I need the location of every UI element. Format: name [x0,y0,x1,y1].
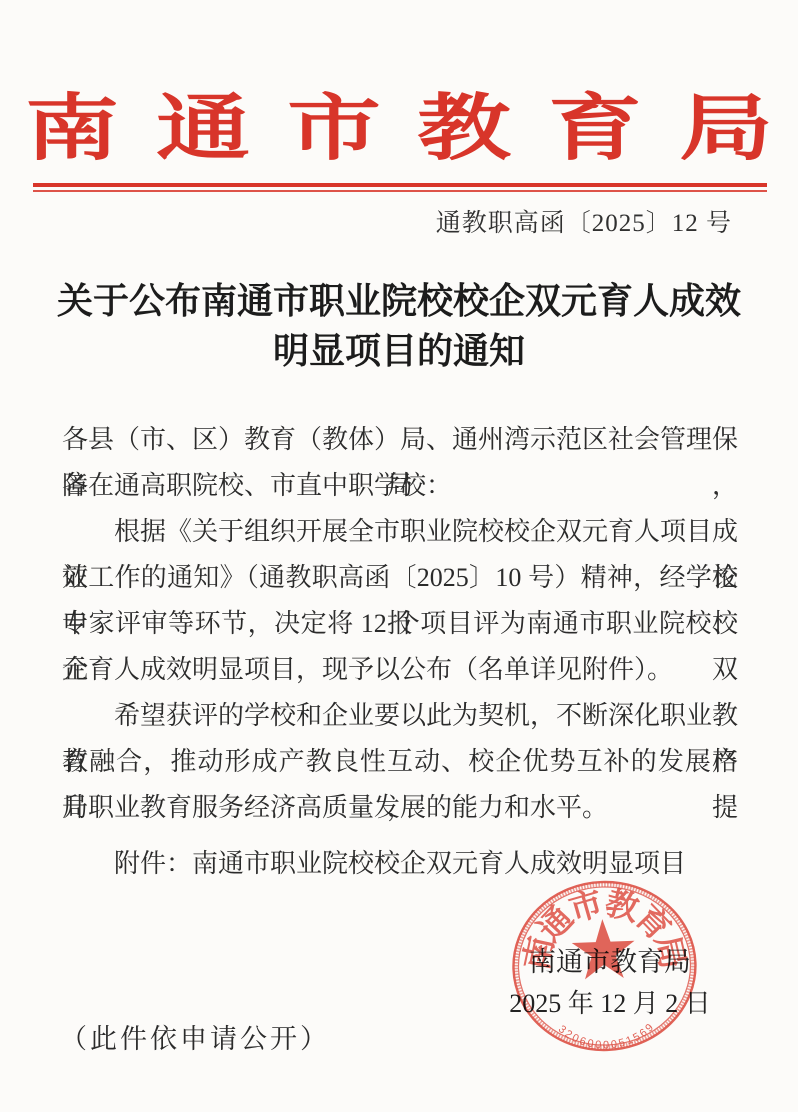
letterhead-char: 市 [287,88,381,170]
body-line: 专家评审等环节，决定将 12 个项目评为南通市职业院校校企双 [62,601,738,647]
document-title: 关于公布南通市职业院校校企双元育人成效 明显项目的通知 [30,276,768,376]
body-line: 根据《关于组织开展全市职业院校校企双元育人项目成效论 [62,509,738,555]
body-line: 教融合，推动形成产教良性互动、校企优势互补的发展格局，提 [62,739,738,785]
body-line: 希望获评的学校和企业要以此为契机，不断深化职业教育产 [62,693,738,739]
letterhead-char: 育 [548,88,642,170]
official-document-page: 南 通 市 教 育 局 通教职高函〔2025〕12 号 关于公布南通市职业院校校… [0,0,798,1112]
seal-serial-number: 3206000051569 [556,1020,659,1053]
letterhead-char: 教 [418,88,512,170]
seal-arc-char: 局 [648,932,691,972]
body-line: 各县（市、区）教育（教体）局、通州湾示范区社会管理保障局， [62,417,738,463]
document-title-line1: 关于公布南通市职业院校校企双元育人成效 [30,276,768,326]
letterhead-agency-name: 南 通 市 教 育 局 [36,88,762,170]
document-number: 通教职高函〔2025〕12 号 [436,203,732,239]
body-line: 证工作的通知》（通教职高函〔2025〕10 号）精神，经学校申报、 [62,555,738,601]
official-seal: 南 通 市 教 育 局 3206000051569 [502,871,708,1064]
document-body: 各县（市、区）教育（教体）局、通州湾示范区社会管理保障局， 各在通高职院校、市直… [62,417,738,831]
letterhead-char: 局 [679,88,773,170]
letterhead-rule-thick [33,183,767,187]
body-line: 元育人成效明显项目，现予以公布（名单详见附件）。 [62,647,738,693]
letterhead-char: 南 [25,88,119,170]
letterhead-rule-thin [33,190,767,192]
letterhead-char: 通 [156,88,250,170]
document-title-line2: 明显项目的通知 [30,326,768,376]
disclosure-note: （此件依申请公开） [60,1017,330,1056]
